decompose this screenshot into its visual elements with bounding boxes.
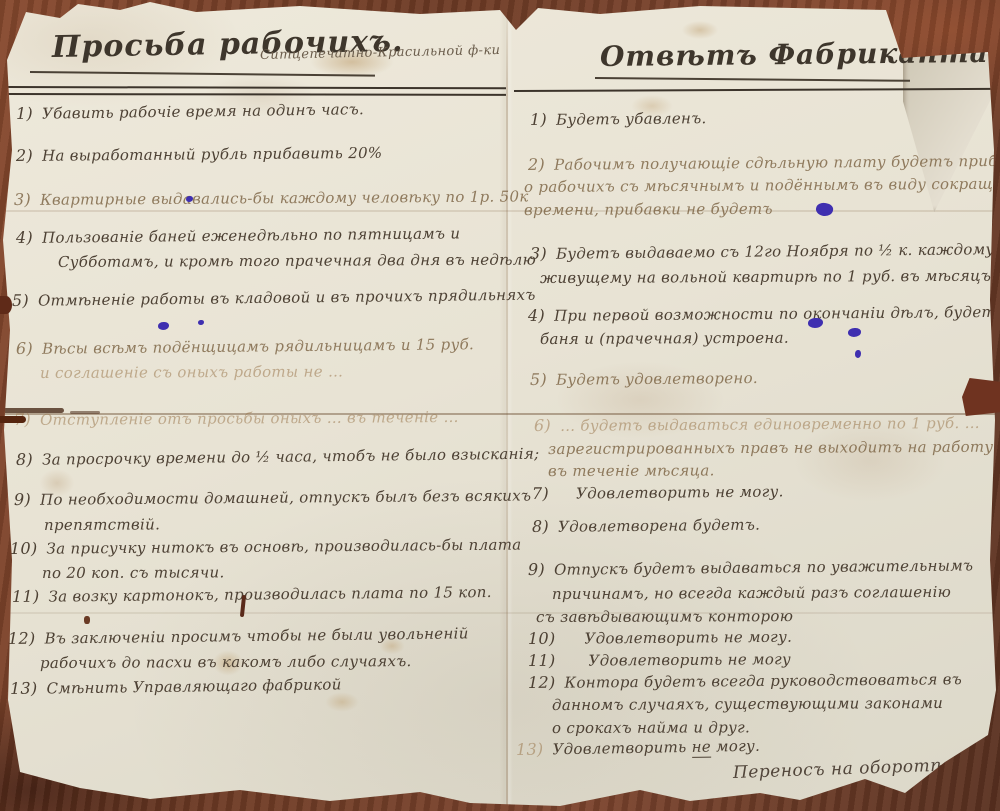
item-number: 9) (14, 492, 31, 508)
line-text: времени, прибавки не будетъ (524, 200, 773, 219)
tear-patch (0, 296, 12, 314)
line-text: На выработанный рубль прибавить 20% (42, 144, 383, 165)
manuscript-line: о срокахъ найма и друг. (552, 720, 750, 736)
item-number: 10) (528, 631, 556, 647)
ink-blot (198, 320, 204, 325)
line-text: Будетъ удовлетворено. (556, 369, 758, 389)
item-number: 6) (534, 418, 551, 434)
manuscript-line: съ завѣдывающимъ конторою (536, 609, 793, 625)
line-text: могу. (711, 737, 760, 756)
ink-blot (815, 201, 834, 217)
item-number: 2) (16, 148, 33, 164)
tear-patch (962, 378, 1000, 416)
item-number: 12) (528, 675, 556, 691)
horizontal-fold-crease (0, 210, 1000, 212)
manuscript-paper: Просьба рабочихъ. Ситцепечатно-Красильно… (0, 0, 1000, 811)
item-number: 3) (530, 246, 547, 262)
line-text: рабочихъ до пасхи въ какомъ либо случаях… (40, 652, 412, 672)
line-text: Смѣнить Управляющаго фабрикой (46, 675, 341, 697)
manuscript-line: о рабочихъ съ мѣсячнымъ и подённымъ въ в… (524, 176, 1000, 195)
manuscript-line: рабочихъ до пасхи въ какомъ либо случаях… (40, 654, 412, 671)
manuscript-line: 2)На выработанный рубль прибавить 20% (16, 145, 383, 164)
line-text: Удовлетворить не могу. (584, 628, 792, 648)
manuscript-line: 6)Вѣсы всѣмъ подёнщицамъ рядильницамъ и … (16, 336, 474, 357)
line-text: Удовлетворить не могу. (576, 482, 784, 502)
manuscript-line: 5)Будетъ удовлетворено. (530, 370, 758, 388)
header-rule (8, 93, 506, 96)
line-text: Будетъ выдаваемо съ 12го Ноября по ½ к. … (556, 239, 1000, 262)
item-number: 1) (530, 112, 547, 128)
manuscript-line: 13)Удовлетворить не могу. (516, 738, 760, 758)
manuscript-line: 7)Удовлетворить не могу. (532, 483, 784, 502)
ink-blot (808, 318, 823, 328)
line-text: … будетъ выдаваться единовременно по 1 р… (560, 414, 980, 435)
manuscript-line: 3)Будетъ выдаваемо съ 12го Ноября по ½ к… (530, 240, 1000, 262)
manuscript-line: баня и (прачечная) устроена. (540, 331, 789, 347)
item-number: 13) (10, 681, 38, 697)
line-text: о рабочихъ съ мѣсячнымъ и подённымъ въ в… (524, 174, 1000, 196)
manuscript-line: 8)За просрочку времени до ½ часа, чтобъ … (16, 446, 540, 468)
line-text: Пользованіе баней еженедѣльно по пятница… (42, 224, 460, 246)
line-text: Рабочимъ получающіе сдѣльную плату будет… (554, 151, 1000, 174)
line-text: въ теченіе мѣсяца. (548, 461, 715, 480)
manuscript-line: зарегистрированныхъ правъ не выходитъ на… (548, 440, 993, 457)
manuscript-line: 8)Удовлетворена будетъ. (532, 517, 760, 535)
item-number: 6) (16, 341, 33, 357)
item-number: 2) (528, 157, 545, 173)
item-number: 8) (16, 452, 33, 468)
manuscript-line: 5)Отмѣненіе работы въ кладовой и въ проч… (12, 287, 536, 309)
line-text: Удовлетворить (552, 738, 691, 758)
item-number: 5) (12, 293, 29, 309)
line-text: За просрочку времени до ½ часа, чтобъ не… (42, 445, 540, 469)
manuscript-line: 1)Будетъ убавленъ. (530, 110, 707, 128)
vertical-fold-crease (506, 0, 508, 811)
manuscript-line: по 20 коп. съ тысячи. (42, 565, 225, 581)
item-number: 11) (12, 589, 40, 605)
item-number: 5) (530, 372, 547, 388)
line-text: Будетъ убавленъ. (556, 109, 707, 129)
line-text: Удовлетворена будетъ. (558, 516, 760, 536)
item-number: 4) (528, 308, 545, 324)
line-text: По необходимости домашней, отпускъ былъ … (40, 486, 531, 508)
manuscript-line: 1)Убавить рабочіе время на одинъ часъ. (16, 101, 364, 122)
manuscript-line: и соглашеніе съ оныхъ работы не … (40, 364, 343, 381)
line-text: причинамъ, но всегда каждый разъ соглаше… (552, 583, 951, 603)
manuscript-line: 2)Рабочимъ получающіе сдѣльную плату буд… (528, 152, 1000, 173)
line-text: зарегистрированныхъ правъ не выходитъ на… (548, 438, 994, 458)
line-text: препятствій. (44, 515, 160, 534)
item-number: 7) (532, 486, 549, 502)
manuscript-line: 7)Отступленіе отъ просьбы оныхъ … въ теч… (14, 409, 459, 428)
manuscript-line: 13)Смѣнить Управляющаго фабрикой (10, 676, 342, 697)
manuscript-line: 3)Квартирные выдавались-бы каждому челов… (14, 188, 529, 208)
line-text: Убавить рабочіе время на одинъ часъ. (42, 100, 364, 122)
tear-patch (84, 616, 90, 624)
line-text: о срокахъ найма и друг. (552, 718, 750, 737)
line-text: Субботамъ, и кромѣ того прачечная два дн… (58, 250, 536, 271)
manuscript-line: 4)Пользованіе баней еженедѣльно по пятни… (16, 225, 460, 246)
manuscript-line: 6)… будетъ выдаваться единовременно по 1… (534, 415, 980, 434)
manuscript-line: въ теченіе мѣсяца. (548, 463, 715, 479)
line-text: по 20 коп. съ тысячи. (42, 563, 225, 582)
line-text: Удовлетворить не могу (588, 650, 791, 669)
manuscript-line: препятствій. (44, 517, 160, 533)
line-text: и соглашеніе съ оныхъ работы не … (40, 362, 343, 382)
line-text: Отмѣненіе работы въ кладовой и въ прочих… (38, 286, 536, 310)
item-number: 1) (16, 106, 33, 122)
line-text: Отпускъ будетъ выдаваться по уважительны… (554, 556, 973, 578)
manuscript-line: 9)Отпускъ будетъ выдаваться по уважитель… (528, 557, 973, 578)
line-text: За присучку нитокъ въ основѣ, производил… (46, 536, 521, 558)
item-number: 10) (10, 541, 38, 557)
line-text: Отступленіе отъ просьбы оныхъ … въ течен… (40, 408, 459, 429)
manuscript-line: 10)За присучку нитокъ въ основѣ, произво… (10, 537, 522, 557)
line-text: Контора будетъ всегда руководствоваться … (564, 670, 962, 691)
line-text: баня и (прачечная) устроена. (540, 329, 789, 348)
ink-blot (855, 350, 861, 358)
item-number: 3) (14, 192, 31, 208)
line-text: Квартирные выдавались-бы каждому человѣк… (40, 187, 529, 208)
manuscript-line: 12)Въ заключеніи просимъ чтобы не были у… (8, 625, 469, 647)
item-number: 9) (528, 562, 545, 578)
photo-of-manuscript: Просьба рабочихъ. Ситцепечатно-Красильно… (0, 0, 1000, 811)
line-text: Въ заключеніи просимъ чтобы не были увол… (44, 624, 468, 647)
manuscript-line: 10)Удовлетворить не могу. (528, 629, 792, 647)
manuscript-line: 11)Удовлетворить не могу (528, 651, 791, 669)
header-rule (8, 86, 506, 89)
left-title-underline (30, 71, 375, 76)
manuscript-line: причинамъ, но всегда каждый разъ соглаше… (552, 585, 951, 602)
ink-blot (848, 328, 861, 337)
manuscript-line: 4)При первой возможности по окончаніи дѣ… (528, 304, 1000, 324)
line-text: живущему на вольной квартирѣ по 1 руб. в… (540, 267, 996, 287)
item-number: 8) (532, 519, 549, 535)
line-text: съ завѣдывающимъ конторою (536, 607, 793, 626)
manuscript-line: времени, прибавки не будетъ (524, 202, 773, 218)
manuscript-line: живущему на вольной квартирѣ по 1 руб. в… (540, 269, 996, 286)
manuscript-line: 9)По необходимости домашней, отпускъ был… (14, 487, 531, 508)
item-number: 12) (8, 631, 36, 647)
line-text: данномъ случаяхъ, существующими законами (552, 694, 943, 714)
item-number: 4) (16, 230, 33, 246)
manuscript-line: 11)За возку картонокъ, производилась пла… (12, 584, 492, 605)
item-number: 11) (528, 653, 556, 669)
underlined-word: не (691, 738, 711, 758)
manuscript-line: Субботамъ, и кромѣ того прачечная два дн… (58, 252, 536, 270)
item-number: 13) (516, 742, 544, 758)
line-text: При первой возможности по окончаніи дѣлъ… (554, 303, 1000, 325)
page-turn-note: Переносъ на оборотѣ (733, 756, 946, 783)
manuscript-line: 12)Контора будетъ всегда руководствовать… (528, 671, 962, 691)
line-text: Вѣсы всѣмъ подёнщицамъ рядильницамъ и 15… (42, 335, 474, 358)
manuscript-line: данномъ случаяхъ, существующими законами (552, 696, 943, 713)
ink-blot (158, 322, 169, 330)
tear-patch (0, 416, 26, 423)
line-text: За возку картонокъ, производилась плата … (48, 583, 491, 606)
right-title-underline (595, 77, 910, 81)
horizontal-fold-crease (0, 612, 1000, 614)
